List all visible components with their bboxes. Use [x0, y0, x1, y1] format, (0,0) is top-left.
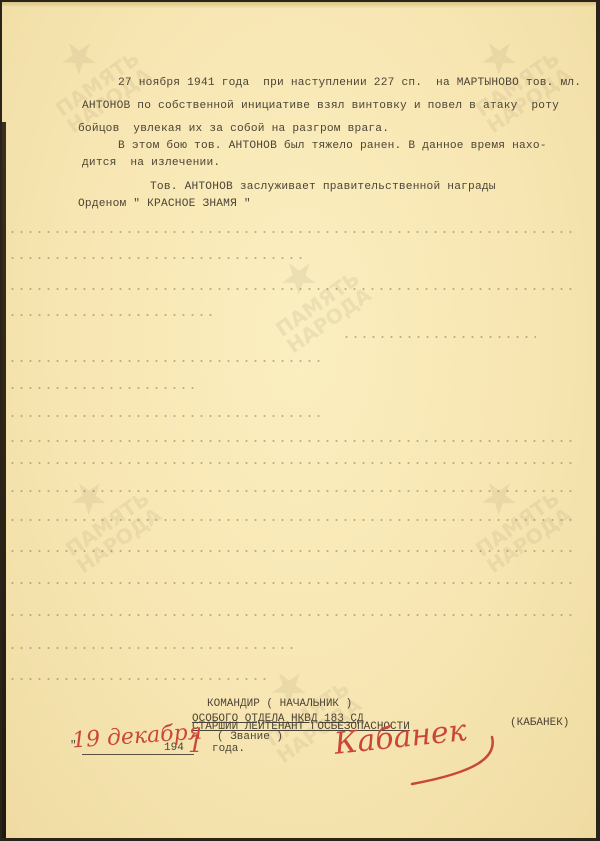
form-dotted-line	[8, 678, 266, 680]
form-dotted-line	[8, 288, 576, 290]
form-dotted-line	[8, 314, 216, 316]
form-dotted-line	[8, 647, 296, 649]
page-top-edge	[2, 2, 596, 8]
form-dotted-line	[8, 231, 576, 233]
watermark: ★ПАМЯТЬНАРОДА	[447, 12, 575, 137]
paragraph-line: Тов. АНТОНОВ заслуживает правительственн…	[150, 181, 496, 193]
page-left-edge	[2, 122, 6, 838]
document-page: ★ПАМЯТЬНАРОДА ★ПАМЯТЬНАРОДА ★ПАМЯТЬНАРОД…	[2, 2, 596, 838]
date-suffix: года.	[212, 743, 245, 755]
paragraph-line: В этом бою тов. АНТОНОВ был тяжело ранен…	[118, 140, 547, 152]
form-dotted-line	[8, 582, 576, 584]
form-dotted-line	[8, 550, 576, 552]
form-dotted-line	[8, 519, 576, 521]
paragraph-line: 27 ноября 1941 года при наступлении 227 …	[118, 77, 581, 89]
watermark: ★ПАМЯТЬНАРОДА	[27, 12, 155, 137]
paragraph-line: дится на излечении.	[82, 157, 220, 169]
form-dotted-line	[8, 257, 306, 259]
signature-flourish	[392, 732, 502, 792]
paragraph-line: бойцов увлекая их за собой на разгром вр…	[78, 123, 389, 135]
watermark: ★ПАМЯТЬНАРОДА	[447, 452, 575, 577]
handwritten-year-digit: 1	[188, 730, 203, 758]
form-dotted-line	[8, 415, 326, 417]
signer-title: КОМАНДИР ( НАЧАЛЬНИК )	[207, 698, 352, 710]
form-dotted-line	[8, 462, 576, 464]
form-dotted-line	[342, 336, 536, 338]
form-dotted-line	[8, 440, 576, 442]
signer-name: (КАБАНЕК)	[510, 717, 569, 729]
rank-caption: ( Звание )	[217, 731, 283, 743]
form-dotted-line	[8, 387, 196, 389]
form-dotted-line	[8, 490, 576, 492]
paragraph-line: АНТОНОВ по собственной инициативе взял в…	[82, 100, 559, 112]
form-dotted-line	[8, 614, 576, 616]
form-dotted-line	[8, 360, 326, 362]
watermark: ★ПАМЯТЬНАРОДА	[37, 452, 165, 577]
award-line: Орденом " КРАСНОЕ ЗНАМЯ "	[78, 198, 251, 210]
